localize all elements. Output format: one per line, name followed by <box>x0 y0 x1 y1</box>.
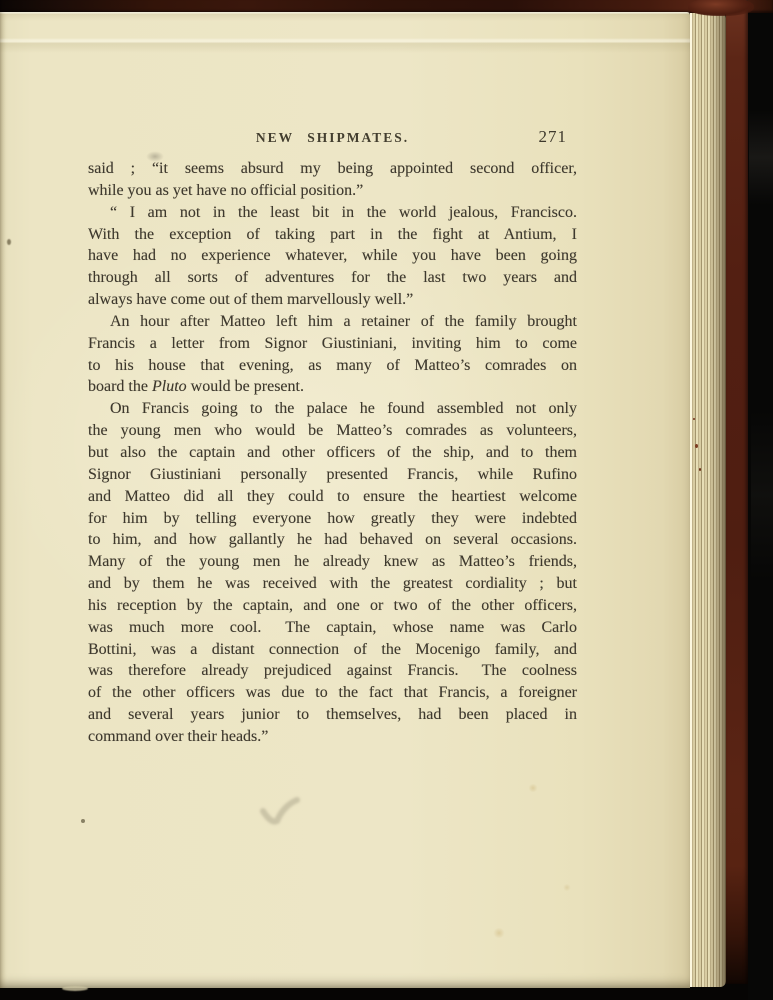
text-line: to his house that evening, as many of Ma… <box>88 355 577 377</box>
text-line: the young men who would be Matteo’s comr… <box>88 420 577 442</box>
text-line: An hour after Matteo left him a retainer… <box>88 311 577 333</box>
foxing-spot <box>493 928 505 938</box>
foxing-spot <box>528 784 538 792</box>
text-line: “ I am not in the least bit in the world… <box>88 202 577 224</box>
text-line: and Matteo did all they could to ensure … <box>88 486 577 508</box>
text-line: Many of the young men he already knew as… <box>88 551 577 573</box>
page-fore-edge <box>690 13 726 987</box>
background-streak <box>749 110 773 205</box>
text-line: while you as yet have no official positi… <box>88 180 577 202</box>
text-line: Signor Giustiniani personally presented … <box>88 464 577 486</box>
text-line: of the other officers was due to the fac… <box>88 682 577 704</box>
text-line: board the Pluto would be present. <box>88 376 577 398</box>
bottom-edge-glint <box>62 986 88 991</box>
text-line: said ; “it seems absurd my being appoint… <box>88 158 577 180</box>
paper-speck <box>7 239 11 245</box>
cover-corner <box>688 0 754 16</box>
text-block: said ; “it seems absurd my being appoint… <box>88 158 577 748</box>
text-line: On Francis going to the palace he found … <box>88 398 577 420</box>
book-cover-edge <box>726 0 748 984</box>
text-line: With the exception of taking part in the… <box>88 224 577 246</box>
page-number: 271 <box>539 127 568 147</box>
text-line: was therefore already prejudiced against… <box>88 660 577 682</box>
running-head: NEW SHIPMATES. <box>88 130 577 146</box>
text-line: Bottini, was a distant connection of the… <box>88 639 577 661</box>
text-line: through all sorts of adventures for the … <box>88 267 577 289</box>
text-line: have had no experience whatever, while y… <box>88 245 577 267</box>
text-line: to him, and how gallantly he had behaved… <box>88 529 577 551</box>
text-line: and by them he was received with the gre… <box>88 573 577 595</box>
text-line: for him by telling everyone how greatly … <box>88 508 577 530</box>
text-line: but also the captain and other officers … <box>88 442 577 464</box>
checkmark-smudge <box>256 792 304 830</box>
background-streak <box>751 410 773 580</box>
text-line: always have come out of them marvellousl… <box>88 289 577 311</box>
text-line: and several years junior to themselves, … <box>88 704 577 726</box>
text-line: was much more cool. The captain, whose n… <box>88 617 577 639</box>
page-header: NEW SHIPMATES. 271 <box>88 130 577 152</box>
text-line: his reception by the captain, and one or… <box>88 595 577 617</box>
paper-speck <box>81 819 85 823</box>
book-page: NEW SHIPMATES. 271 said ; “it seems absu… <box>0 12 690 988</box>
text-line: Francis a letter from Signor Giustiniani… <box>88 333 577 355</box>
foxing-spot <box>563 884 571 891</box>
scanned-book-photo: NEW SHIPMATES. 271 said ; “it seems absu… <box>0 0 773 1000</box>
text-line: command over their heads.” <box>88 726 577 748</box>
